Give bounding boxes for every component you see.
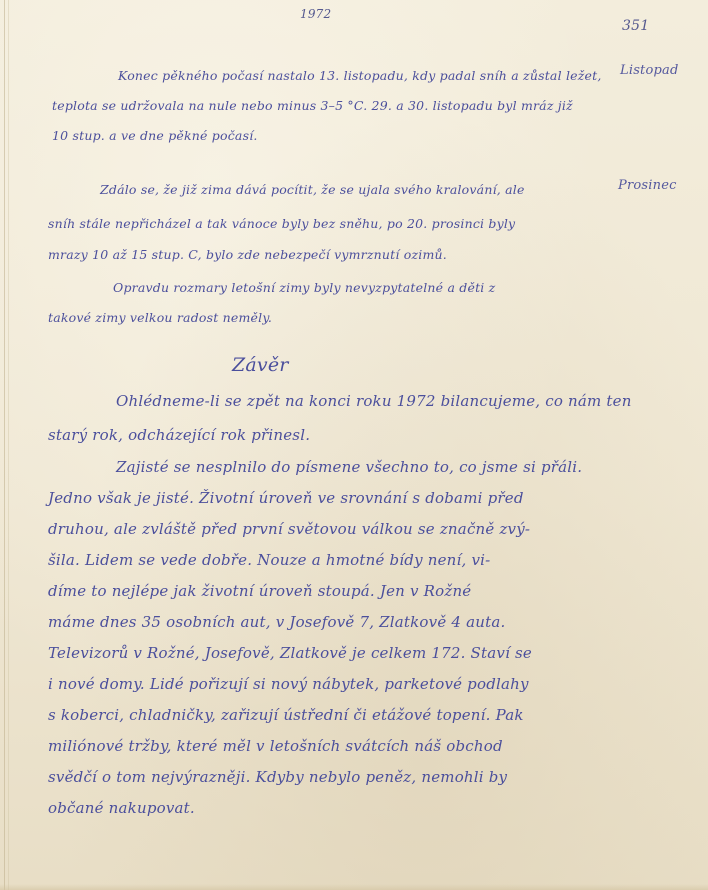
text-line: Konec pěkného počasí nastalo 13. listopa… bbox=[118, 70, 602, 83]
text-line: mrazy 10 až 15 stup. C, bylo zde nebezpe… bbox=[48, 249, 447, 262]
text-line: šila. Lidem se vede dobře. Nouze a hmotn… bbox=[48, 553, 490, 568]
margin-note-prosinec: Prosinec bbox=[618, 179, 677, 192]
text-line: takové zimy velkou radost neměly. bbox=[48, 312, 272, 325]
text-line: díme to nejlépe jak životní úroveň stoup… bbox=[48, 584, 471, 599]
text-line: i nové domy. Lidé pořizují si nový nábyt… bbox=[48, 677, 529, 692]
page-bottom-edge bbox=[0, 884, 708, 890]
text-line: Zdálo se, že již zima dává pocítit, že s… bbox=[100, 184, 525, 197]
page-number: 351 bbox=[622, 19, 649, 33]
handwritten-chronicle-page: 1972 351 Listopad Prosinec Konec pěkného… bbox=[0, 0, 708, 890]
text-line: teplota se udržovala na nule nebo minus … bbox=[52, 100, 573, 113]
text-line: druhou, ale zvláště před první světovou … bbox=[48, 522, 530, 537]
text-line: Ohlédneme-li se zpět na konci roku 1972 … bbox=[116, 394, 632, 409]
section-heading: Závěr bbox=[232, 356, 289, 375]
text-line: máme dnes 35 osobních aut, v Josefově 7,… bbox=[48, 615, 505, 630]
page-edge-line bbox=[8, 0, 9, 890]
text-line: občané nakupovat. bbox=[48, 801, 195, 816]
text-line: Televizorů v Rožné, Josefově, Zlatkově j… bbox=[48, 646, 532, 661]
text-line: s koberci, chladničky, zařizují ústřední… bbox=[48, 708, 524, 723]
text-line: 10 stup. a ve dne pěkné počasí. bbox=[52, 130, 258, 143]
text-line: svědčí o tom nejvýrazněji. Kdyby nebylo … bbox=[48, 770, 507, 785]
text-line: Opravdu rozmary letošní zimy byly nevyzp… bbox=[113, 282, 495, 295]
text-line: starý rok, odcházející rok přinesl. bbox=[48, 428, 310, 443]
page-edge-line bbox=[4, 0, 5, 890]
text-line: sníh stále nepřicházel a tak vánoce byly… bbox=[48, 218, 515, 231]
text-line: miliónové tržby, které měl v letošních s… bbox=[48, 739, 503, 754]
page-year: 1972 bbox=[300, 8, 331, 20]
text-line: Jedno však je jisté. Životní úroveň ve s… bbox=[48, 491, 524, 506]
margin-note-listopad: Listopad bbox=[620, 64, 679, 77]
text-line: Zajisté se nesplnilo do písmene všechno … bbox=[116, 460, 582, 475]
